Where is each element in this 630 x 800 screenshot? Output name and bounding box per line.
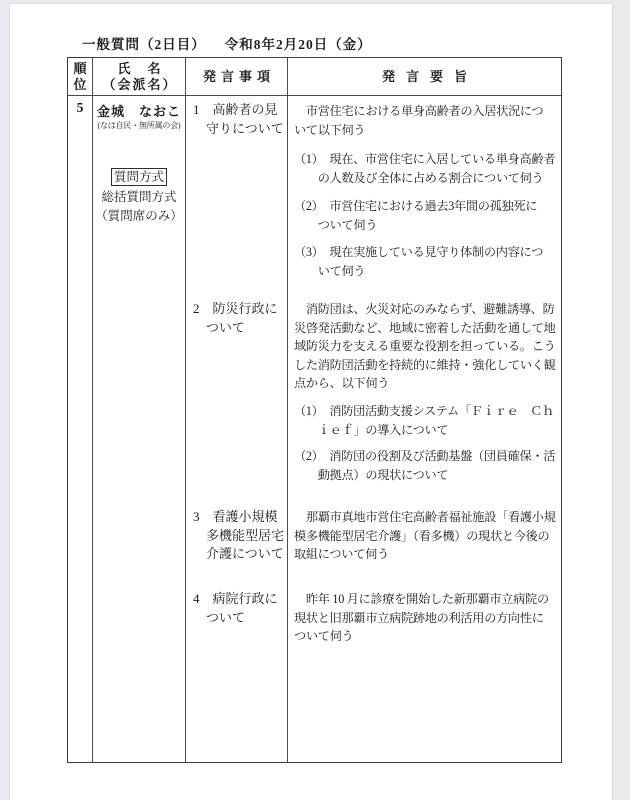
summary-paragraph: （1） 消防団活動支援システム「Ｆｉｒｅ Ｃｈ ｉｅｆ」の導入について [294,402,554,439]
doc-title: 一般質問（2日目）令和8年2月20日（金） [82,33,372,53]
name-cell: 金城 なおこ (なは自民・無所属の会) 質問方式 総括質問方式 （質問席のみ） [92,96,185,762]
summary-paragraph: 昨年 10 月に診療を開始した新那覇市立病院の 現状と旧那覇市立病院跡地の利活用… [294,590,549,646]
question-method-label: 質問方式 [111,168,167,186]
summary-paragraph: 那覇市真地市営住宅高齢者福祉施設「看護小規 模多機能型居宅介護」（看多機）の現状… [294,508,556,564]
topic-item: 3 看護小規模 多機能型居宅 介護について [193,508,284,564]
summary-cell: 市営住宅における単身高齢者の入居状況につ いて以下伺う （1） 現在、市営住宅に… [287,96,561,762]
col-header-summary: 発言要旨 [287,58,561,95]
rank-cell: 5 [68,96,92,762]
summary-paragraph: 市営住宅における単身高齢者の入居状況につ いて以下伺う [294,102,543,139]
summary-paragraph: （1） 現在、市営住宅に入居している単身高齢者 の人数及び全体に占める割合につい… [294,150,555,187]
doc-title-date: 令和8年2月20日（金） [225,37,372,52]
topics-cell: 1 高齢者の見 守りについて 2 防災行政に ついて 3 看護小規模 多機能型居… [185,96,287,762]
col-header-name: 氏 名 （会派名） [92,58,185,95]
document-page: 一般質問（2日目）令和8年2月20日（金） 順 位 氏 名 （会派名） 発言事項… [10,4,612,800]
summary-paragraph: （2） 消防団の役割及び活動基盤（団員確保・活 動拠点）の現状について [294,447,555,484]
speaker-name: 金城 なおこ [93,101,185,120]
topic-item: 4 病院行政に ついて [193,590,278,627]
questions-table: 順 位 氏 名 （会派名） 発言事項 発言要旨 5 金城 なおこ (なは自民・無… [67,57,562,763]
table-header-row: 順 位 氏 名 （会派名） 発言事項 発言要旨 [68,58,561,96]
col-header-topics: 発言事項 [185,58,287,95]
summary-paragraph: （3） 現在実施している見守り体制の内容につ いて伺う [294,243,543,280]
topic-item: 1 高齢者の見 守りについて [193,101,284,138]
summary-paragraph: 消防団は、火災対応のみならず、避難誘導、防 災啓発活動など、地域に密着した活動を… [294,300,556,393]
speaker-faction: (なは自民・無所属の会) [93,120,185,131]
col-header-rank: 順 位 [68,58,92,95]
question-method-value: 総括質問方式 [93,188,185,208]
question-method-block: 質問方式 総括質問方式 （質問席のみ） [93,168,185,227]
doc-title-session: 一般質問（2日目） [82,37,206,52]
question-method-note: （質問席のみ） [93,207,185,227]
table-body-row: 5 金城 なおこ (なは自民・無所属の会) 質問方式 総括質問方式 （質問席のみ… [68,96,561,762]
topic-item: 2 防災行政に ついて [193,300,278,337]
summary-paragraph: （2） 市営住宅における過去3年間の孤独死に ついて伺う [294,197,537,234]
rank-value: 5 [68,100,92,116]
